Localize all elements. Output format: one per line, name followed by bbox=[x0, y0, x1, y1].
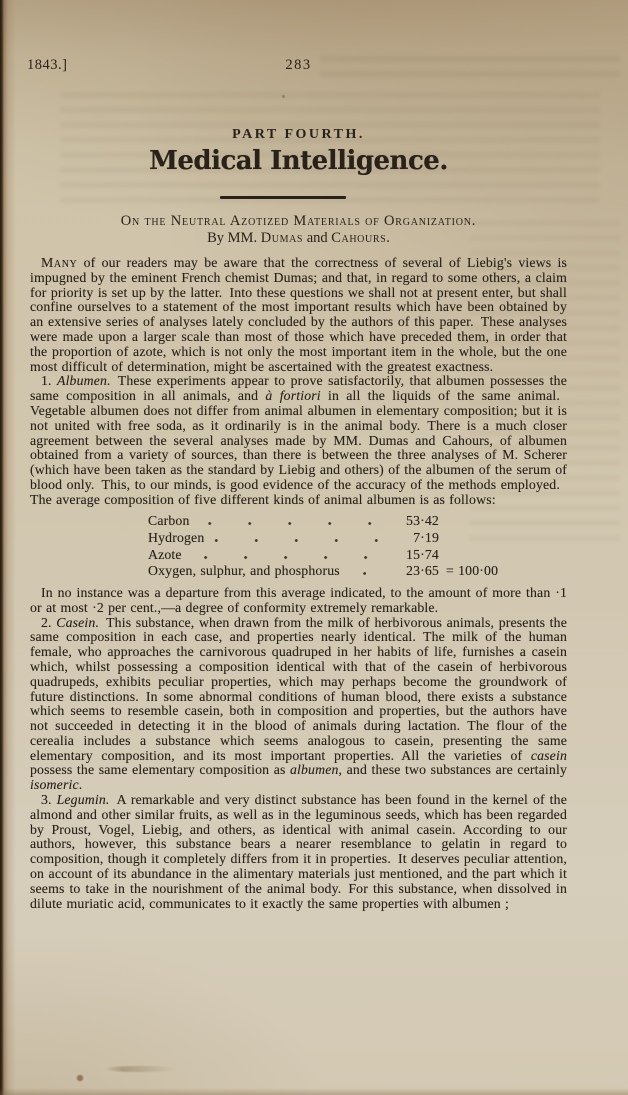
table-row: Carbon 53·42 bbox=[148, 514, 516, 531]
article-body: Many of our readers may be aware that th… bbox=[30, 256, 567, 911]
row-dots-leader bbox=[190, 556, 381, 559]
part-heading: PART FOURTH. bbox=[30, 127, 567, 143]
composition-table: Carbon 53·42 Hydrogen 7·19 Azote 15·74 bbox=[148, 514, 516, 580]
table-row: Hydrogen 7·19 bbox=[148, 530, 516, 547]
section-divider-rule bbox=[220, 196, 346, 199]
table-row: Oxygen, sulphur, and phosphorus 23·65 = … bbox=[148, 563, 516, 580]
row-dots-leader bbox=[212, 539, 381, 542]
page-stain bbox=[104, 1066, 178, 1072]
row-value: 23·65 bbox=[391, 564, 439, 579]
row-label: Carbon bbox=[148, 514, 190, 529]
paragraph-average-note: In no instance was a departure from this… bbox=[30, 586, 567, 616]
row-dots-leader bbox=[198, 522, 381, 525]
section-heading: Medical Intelligence. bbox=[30, 146, 567, 176]
row-label: Azote bbox=[148, 548, 182, 563]
article-title: On the Neutral Azotized Materials of Org… bbox=[30, 213, 567, 229]
table-row: Azote 15·74 bbox=[148, 547, 516, 564]
paragraph-legumin: 3. Legumin. A remarkable and very distin… bbox=[30, 793, 567, 911]
row-value: 7·19 bbox=[391, 531, 439, 546]
row-dots-leader bbox=[348, 572, 381, 575]
page-stain bbox=[76, 1074, 84, 1082]
paragraph-casein: 2. Casein. This substance, when drawn fr… bbox=[30, 616, 567, 794]
journal-page: 1843.] 283 PART FOURTH. Medical Intellig… bbox=[0, 0, 628, 1095]
article-byline: By MM. Dumas and Cahours. bbox=[30, 230, 567, 246]
row-label: Oxygen, sulphur, and phosphorus bbox=[148, 564, 340, 579]
text-column: 1843.] 283 PART FOURTH. Medical Intellig… bbox=[30, 57, 567, 911]
row-value: 53·42 bbox=[391, 514, 439, 529]
binding-shadow bbox=[0, 0, 16, 1095]
paragraph-intro: Many of our readers may be aware that th… bbox=[30, 256, 567, 374]
row-label: Hydrogen bbox=[148, 531, 204, 546]
row-total-suffix: = 100·00 bbox=[439, 564, 516, 579]
page-bottom-edge bbox=[0, 1088, 628, 1095]
row-value: 15·74 bbox=[391, 548, 439, 563]
page-number: 283 bbox=[30, 57, 567, 74]
page-header: 1843.] 283 bbox=[30, 57, 567, 77]
paragraph-albumen: 1. Albumen. These experiments appear to … bbox=[30, 374, 567, 507]
